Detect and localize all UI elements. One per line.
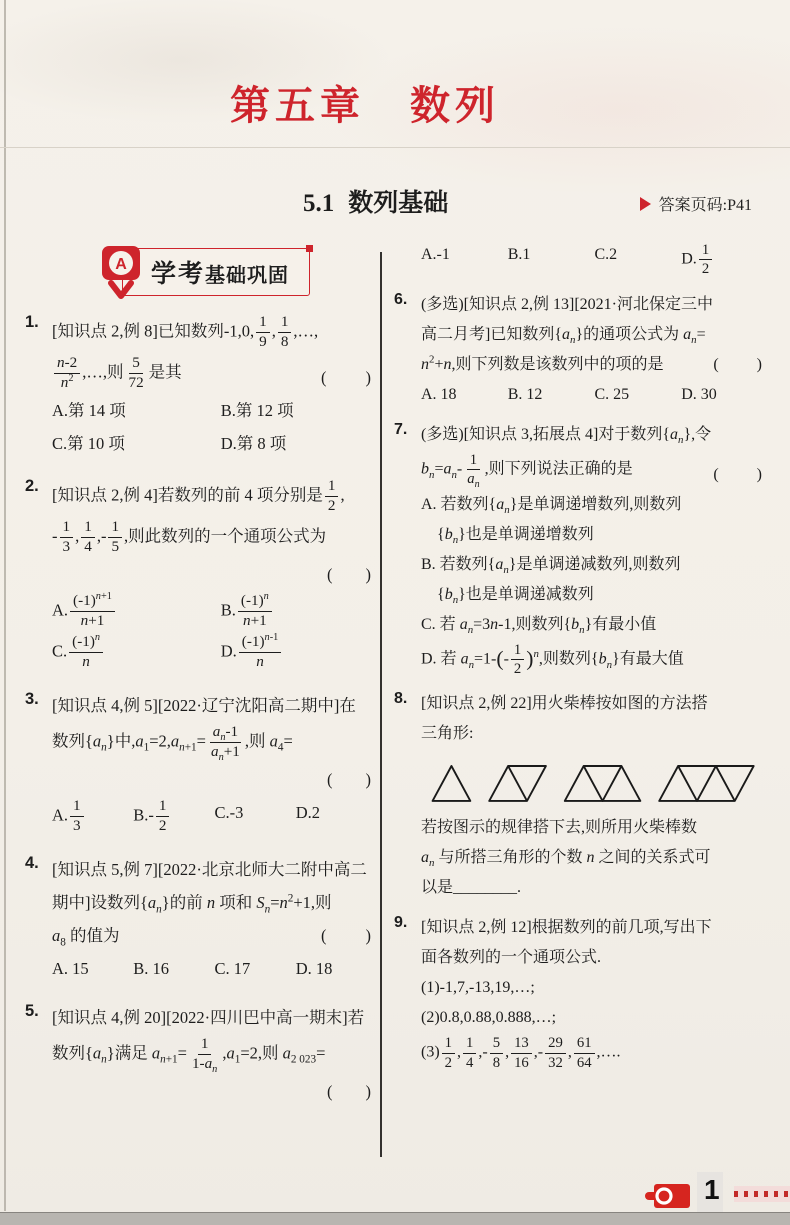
option-b: B. 12: [508, 380, 595, 410]
section-number: 5.1: [303, 190, 334, 217]
page-number: 1: [704, 1174, 720, 1206]
option-a: A.13: [52, 796, 133, 837]
paper-edge-line: [4, 0, 6, 1211]
option-a: A. 18: [421, 380, 508, 410]
option-b-continued: {bn}也是单调递减数列: [421, 580, 768, 610]
answer-blank: ( ): [52, 763, 377, 796]
answer-blank: ( ): [713, 350, 768, 380]
problem-text: [知识点 2,例 8]已知数列-1,0,19,18,…,: [52, 312, 377, 353]
option-b: B. 若数列{an}是单调递减数列,则数列: [421, 550, 768, 580]
problem-text: [知识点 2,例 4]若数列的前 4 项分别是12,: [52, 476, 377, 517]
option-c: C.2: [595, 240, 682, 280]
problem-text: 面各数列的一个通项公式.: [421, 943, 768, 973]
option-d: D. 18: [296, 952, 377, 985]
problem-text: n-2n2,…,则572是其: [52, 353, 182, 394]
bottom-page-shadow: [0, 1212, 790, 1225]
problem-5: 5. [知识点 4,例 20][2022·四川巴中高一期末]若 数列{an}满足…: [25, 1001, 377, 1108]
problem-text: 期中]设数列{an}的前 n 项和 Sn=n2+1,则: [52, 886, 377, 919]
option-d: D.2: [296, 796, 377, 837]
matchstick-triangles-figure: [421, 749, 768, 813]
problem-text: 数列{an}中,a1=2,an+1=an-1an+1,则 a4=: [52, 722, 377, 763]
problem-text: [知识点 2,例 22]用火柴棒按如图的方法搭: [421, 689, 768, 719]
badge-title-rest: 基础巩固: [205, 265, 289, 287]
option-b: B.(-1)nn+1: [221, 591, 377, 632]
problem-text: (多选)[知识点 2,例 13][2021·河北保定三中: [421, 290, 768, 320]
answer-blank: ( ): [52, 1075, 377, 1108]
problem-text: -13,14,-15,则此数列的一个通项公式为: [52, 517, 377, 558]
problem-number: 9.: [394, 914, 407, 932]
section-title: 5.1数列基础: [303, 183, 448, 219]
column-divider: [380, 252, 382, 1157]
section-name: 数列基础: [348, 190, 448, 217]
problem-6: 6. (多选)[知识点 2,例 13][2021·河北保定三中 高二月考]已知数…: [394, 290, 768, 410]
problem-text: n2+n,则下列数是该数列中的项的是: [421, 350, 663, 380]
problem-9: 9. [知识点 2,例 12]根据数列的前几项,写出下 面各数列的一个通项公式.…: [394, 913, 768, 1073]
chapter-title: 第五章 数列: [0, 74, 730, 131]
badge-pin-icon: A: [100, 244, 142, 300]
option-c: C.第 10 项: [52, 427, 221, 460]
option-a-continued: {bn}也是单调递增数列: [421, 520, 768, 550]
fill-blank-line: 以是________.: [421, 873, 768, 903]
problem-text: [知识点 5,例 7][2022·北京北师大二附中高二: [52, 853, 377, 886]
problem-5-options: A.-1 B.1 C.2 D.12: [394, 240, 768, 280]
right-column: A.-1 B.1 C.2 D.12 6. (多选)[知识点 2,例 13][20…: [394, 240, 768, 1083]
problem-text: a8 的值为: [52, 919, 119, 952]
answer-blank: ( ): [52, 558, 377, 591]
problem-text: bn=an-1an,则下列说法正确的是: [421, 450, 633, 490]
sub-item-1: (1)-1,7,-13,19,…;: [421, 973, 768, 1003]
problem-number: 4.: [25, 854, 39, 873]
option-a: A.(-1)n+1n+1: [52, 591, 221, 632]
option-d: D.(-1)n-1n: [221, 632, 377, 673]
problem-1: 1. [知识点 2,例 8]已知数列-1,0,19,18,…, n-2n2,…,…: [25, 312, 377, 460]
left-column: 1. [知识点 2,例 8]已知数列-1,0,19,18,…, n-2n2,…,…: [25, 312, 377, 1124]
problem-number: 7.: [394, 421, 407, 439]
option-a: A. 15: [52, 952, 133, 985]
sub-item-3: (3)12,14,-58,1316,-2932,6164,….: [421, 1033, 768, 1073]
sub-item-2: (2)0.8,0.88,0.888,…;: [421, 1003, 768, 1033]
problem-text: [知识点 4,例 5][2022·辽宁沈阳高二期中]在: [52, 689, 377, 722]
top-rule: [0, 147, 790, 148]
answer-blank: ( ): [713, 460, 768, 490]
answer-page-ref: 答案页码:P41: [640, 192, 752, 215]
problem-number: 3.: [25, 690, 39, 709]
option-b: B.1: [508, 240, 595, 280]
bookmark-icon: [645, 1183, 691, 1214]
problem-text: 数列{an}满足 an+1=11-an,a1=2,则 a2 023=: [52, 1034, 377, 1075]
problem-text: 若按图示的规律搭下去,则所用火柴棒数: [421, 813, 768, 843]
problem-number: 5.: [25, 1002, 39, 1021]
problem-number: 2.: [25, 477, 39, 496]
problem-text: [知识点 2,例 12]根据数列的前几项,写出下: [421, 913, 768, 943]
problem-2: 2. [知识点 2,例 4]若数列的前 4 项分别是12, -13,14,-15…: [25, 476, 377, 673]
problem-4: 4. [知识点 5,例 7][2022·北京北师大二附中高二 期中]设数列{an…: [25, 853, 377, 985]
option-c: C. 若 an=3n-1,则数列{bn}有最小值: [421, 610, 768, 640]
problem-8: 8. [知识点 2,例 22]用火柴棒按如图的方法搭 三角形: 若按图示的规律搭…: [394, 689, 768, 903]
exam-badge: A 学考基础巩固: [100, 244, 310, 300]
option-d: D. 若 an=1-(-12)n,则数列{bn}有最大值: [421, 640, 768, 680]
badge-corner-dot: [306, 245, 313, 252]
option-b: B.-12: [133, 796, 214, 837]
option-c: C.-3: [215, 796, 296, 837]
answer-blank: ( ): [321, 919, 377, 952]
problem-7: 7. (多选)[知识点 3,拓展点 4]对于数列{an},令 bn=an-1an…: [394, 420, 768, 680]
problem-text: [知识点 4,例 20][2022·四川巴中高一期末]若: [52, 1001, 377, 1034]
problem-text: an 与所搭三角形的个数 n 之间的关系式可: [421, 843, 768, 873]
option-c: C. 17: [215, 952, 296, 985]
problem-number: 6.: [394, 291, 407, 309]
badge-title-strong: 学考: [151, 260, 205, 288]
problem-text: 高二月考]已知数列{an}的通项公式为 an=: [421, 320, 768, 350]
option-c: C. 25: [595, 380, 682, 410]
dotted-line-decoration: [734, 1186, 790, 1202]
option-d: D. 30: [681, 380, 768, 410]
answer-blank: ( ): [321, 361, 377, 394]
badge-title: 学考基础巩固: [122, 248, 310, 296]
option-a: A.第 14 项: [52, 394, 221, 427]
option-d: D.第 8 项: [221, 427, 377, 460]
badge-letter: A: [115, 256, 127, 273]
option-a: A.-1: [421, 240, 508, 280]
problem-text: 三角形:: [421, 719, 768, 749]
option-b: B. 16: [133, 952, 214, 985]
answer-pointer-icon: [640, 197, 651, 211]
option-a: A. 若数列{an}是单调递增数列,则数列: [421, 490, 768, 520]
problem-text: (多选)[知识点 3,拓展点 4]对于数列{an},令: [421, 420, 768, 450]
problem-number: 1.: [25, 313, 39, 332]
problem-3: 3. [知识点 4,例 5][2022·辽宁沈阳高二期中]在 数列{an}中,a…: [25, 689, 377, 837]
option-d: D.12: [681, 240, 768, 280]
problem-number: 8.: [394, 690, 407, 708]
answer-page-label: 答案页码:P41: [659, 197, 752, 214]
option-c: C.(-1)nn: [52, 632, 221, 673]
option-b: B.第 12 项: [221, 394, 377, 427]
